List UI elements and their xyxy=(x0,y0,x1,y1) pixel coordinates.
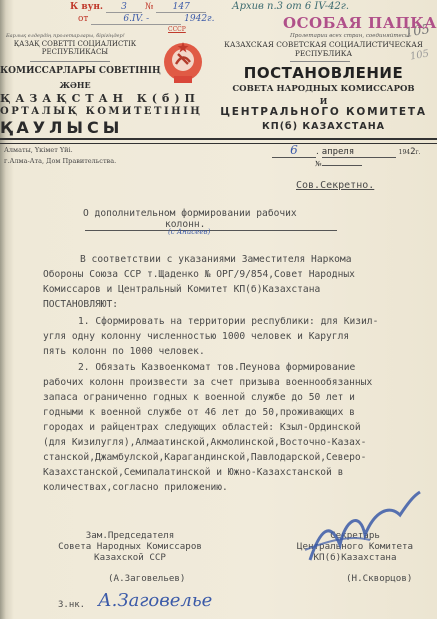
date-year-unit: г. xyxy=(416,149,421,156)
kazakh-ssr-emblem-icon xyxy=(160,40,206,88)
registry-ot-value: 6.IV. - xyxy=(91,14,181,25)
header-kz-republic-line2: РЕСПУБЛИКАСЫ xyxy=(0,48,150,56)
address-russian: г.Алма-Ата, Дом Правительства. xyxy=(4,157,116,165)
body-item2-line4: годными к военной службе от 46 лет до 50… xyxy=(43,407,355,418)
document-type-title: ПОСТАНОВЛЕНИЕ xyxy=(210,64,437,82)
registry-k-label: К вун. xyxy=(70,2,103,12)
registry-k-value: 3 xyxy=(106,2,142,13)
signature-left-title2: Совета Народных Комиссаров xyxy=(50,541,210,552)
body-item2-line2: рабочих колонн произвести за счет призыв… xyxy=(43,377,372,388)
body-item1-line1: 1. Сформировать на территории республики… xyxy=(78,316,378,327)
signature-left-title3: Казахской ССР xyxy=(50,552,210,563)
header-ru-republic: КАЗАХСКАЯ СОВЕТСКАЯ СОЦИАЛИСТИЧЕСКАЯ РЕС… xyxy=(210,40,437,58)
special-folder-stamp: ОСОБАЯ ПАПКА xyxy=(283,14,437,32)
body-item1-line3: пять колонн по 1000 человек. xyxy=(43,346,205,357)
registry-date-line: от 6.IV. - 1942г. xyxy=(78,14,214,25)
header-ru-republic-line2: РЕСПУБЛИКА xyxy=(210,49,437,58)
body-item1-line2: угля одну колонну численностью 1000 чело… xyxy=(43,331,349,342)
date-year-prefix: 194 xyxy=(399,149,410,156)
number-label: № xyxy=(315,160,322,168)
body-para1-line3: Комиссаров и Центральный Комитет КП(б)Ка… xyxy=(43,284,320,295)
registry-country: СССР xyxy=(168,26,186,33)
date-month: апреля xyxy=(322,147,396,158)
header-kz-line3: ҚАЗАҚСТАН К(б)П xyxy=(0,92,150,105)
document-number: № xyxy=(315,160,362,168)
body-item2-line1: 2. Обязать Казвоенкомат тов.Пеунова форм… xyxy=(78,362,355,373)
document-date: 6. апреля 1942г. xyxy=(272,143,421,158)
date-day: 6 xyxy=(272,143,316,158)
registry-ot-label: от xyxy=(78,14,88,24)
subject-line1: О дополнительном формировании рабочих xyxy=(83,208,297,219)
handwritten-subject-note: (с Анисеев) xyxy=(168,228,210,236)
footer-label: З.нк. xyxy=(58,600,85,610)
body-item2-line8: Казахстанской,Семипалатинской и Южно-Каз… xyxy=(43,467,343,478)
header-ru-line4: КП(б) КАЗАХСТАНА xyxy=(210,121,437,132)
divider xyxy=(30,61,110,62)
registry-stamp: К вун. 3 № 147 xyxy=(70,2,206,13)
registry-num-value: 147 xyxy=(156,2,206,13)
header-kz-line2: ЖӘНЕ xyxy=(0,80,150,90)
header-ru-line3: ЦЕНТРАЛЬНОГО КОМИТЕТА xyxy=(210,106,437,118)
divider xyxy=(290,61,350,62)
classification-mark: Сов.Секретно. xyxy=(296,180,374,191)
header-kz-republic: ҚАЗАҚ СОВЕТТІ СОЦИАЛИСТІК РЕСПУБЛИКАСЫ xyxy=(0,40,150,56)
body-item2-line9: количествах,согласно приложению. xyxy=(43,482,228,493)
slogan-kazakh: Барлық елдердің пролетарлары, бірігіңдер… xyxy=(6,33,125,39)
address-kazakh: Алматы, Үкімет Үйі. xyxy=(4,146,73,154)
signature-left-block: Зам.Председателя Совета Народных Комисса… xyxy=(50,530,210,563)
body-para1-line2: Обороны Союза ССР т.Щаденко № ОРГ/9/854,… xyxy=(43,269,355,280)
registry-year: 1942г. xyxy=(184,14,214,24)
header-kz-republic-line1: ҚАЗАҚ СОВЕТТІ СОЦИАЛИСТІК xyxy=(0,40,150,48)
header-kz-line5: ҚАУЛЫСЫ xyxy=(0,118,123,137)
header-ru-line1: СОВЕТА НАРОДНЫХ КОМИССАРОВ xyxy=(210,84,437,94)
handwritten-archive-note: Архив п.3 от 6 IV-42г. xyxy=(232,1,349,12)
body-item2-line7: станской,Джамбулской,Карагандинской,Павл… xyxy=(43,452,366,463)
signature-left-title1: Зам.Председателя xyxy=(50,530,210,541)
subject-underline xyxy=(85,230,337,231)
header-kz-line1: КОМИССАРЛАРЫ СОВЕТІНІҢ xyxy=(0,66,150,76)
signature-right-name: (Н.Скворцов) xyxy=(346,573,412,584)
header-ru-republic-line1: КАЗАХСКАЯ СОВЕТСКАЯ СОЦИАЛИСТИЧЕСКАЯ xyxy=(210,40,437,49)
slogan-russian: Пролетарии всех стран, соединяйтесь! xyxy=(290,33,410,39)
header-ru-line2: И xyxy=(210,96,437,106)
signature-scribble-icon xyxy=(290,490,430,570)
body-para1-line4: ПОСТАНОВЛЯЮТ: xyxy=(43,299,118,310)
registry-num-label: № xyxy=(145,2,154,12)
body-item2-line5: городах и райцентрах следующих областей:… xyxy=(43,422,361,433)
document-page: К вун. 3 № 147 от 6.IV. - 1942г. СССР Ар… xyxy=(0,0,437,619)
body-item2-line6: (для Кизилугля),Алмаатинской,Акмолинской… xyxy=(43,437,366,448)
body-item2-line3: запаса ограниченно годных к военной служ… xyxy=(43,392,355,403)
signature-left-name: (А.Заговельев) xyxy=(108,573,185,584)
header-kz-line4: ОРТАЛЫҚ КОМИТЕТІНІҢ xyxy=(0,106,150,117)
footer-signature: А.Заговелье xyxy=(98,590,212,611)
body-para1-line1: В соответствии с указаниями Заместителя … xyxy=(80,254,351,265)
